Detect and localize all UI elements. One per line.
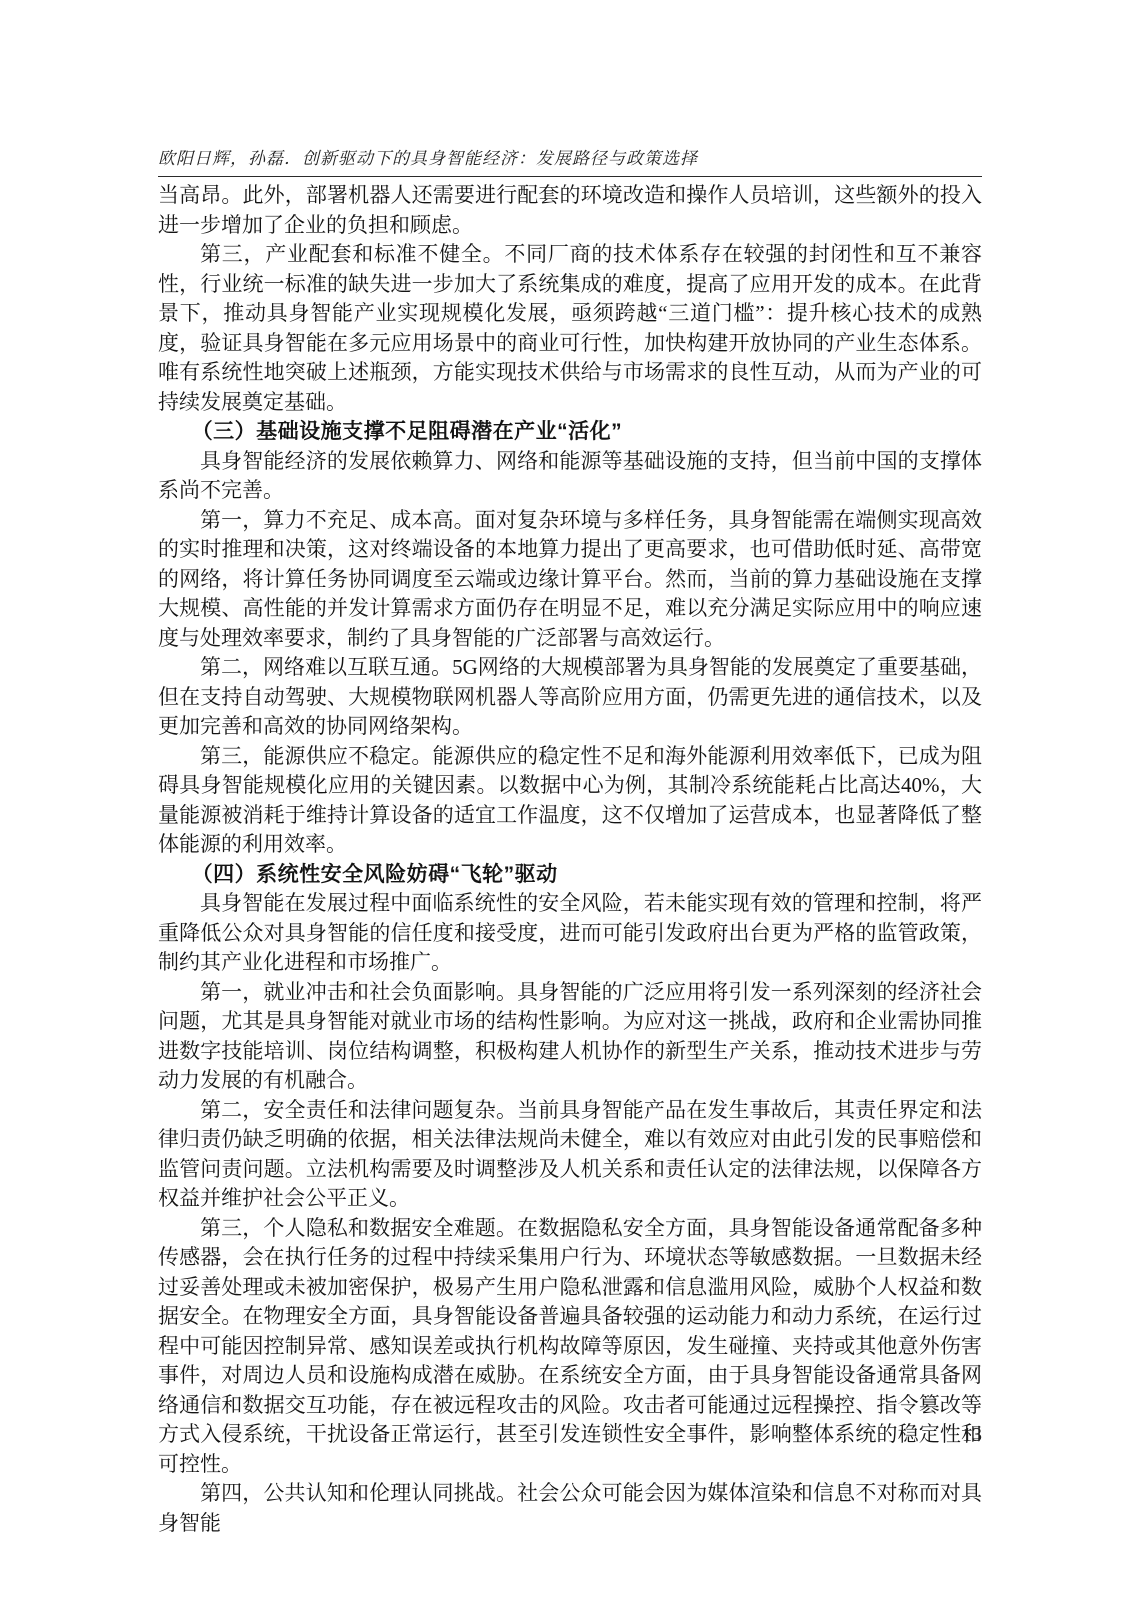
paragraph: 第一，算力不充足、成本高。面对复杂环境与多样任务，具身智能需在端侧实现高效的实时… xyxy=(158,506,982,654)
running-header: 欧阳日辉，孙磊．创新驱动下的具身智能经济：发展路径与政策选择 xyxy=(158,144,982,177)
body-text-column: 当高昂。此外，部署机器人还需要进行配套的环境改造和操作人员培训，这些额外的投入进… xyxy=(158,181,982,1538)
paragraph: 第一，就业冲击和社会负面影响。具身智能的广泛应用将引发一系列深刻的经济社会问题，… xyxy=(158,978,982,1096)
section-heading: （三）基础设施支撑不足阻碍潜在产业“活化” xyxy=(158,417,982,447)
paragraph: 具身智能经济的发展依赖算力、网络和能源等基础设施的支持，但当前中国的支撑体系尚不… xyxy=(158,447,982,506)
paragraph: 第二，网络难以互联互通。5G网络的大规模部署为具身智能的发展奠定了重要基础，但在… xyxy=(158,653,982,742)
paragraph: 第三，产业配套和标准不健全。不同厂商的技术体系存在较强的封闭性和互不兼容性，行业… xyxy=(158,240,982,417)
page-number: 13 xyxy=(158,1424,982,1447)
paragraph: 具身智能在发展过程中面临系统性的安全风险，若未能实现有效的管理和控制，将严重降低… xyxy=(158,889,982,978)
paragraph: 第三，能源供应不稳定。能源供应的稳定性不足和海外能源利用效率低下，已成为阻碍具身… xyxy=(158,742,982,860)
paragraph: 第二，安全责任和法律问题复杂。当前具身智能产品在发生事故后，其责任界定和法律归责… xyxy=(158,1096,982,1214)
paragraph: 当高昂。此外，部署机器人还需要进行配套的环境改造和操作人员培训，这些额外的投入进… xyxy=(158,181,982,240)
paragraph: 第四，公共认知和伦理认同挑战。社会公众可能会因为媒体渲染和信息不对称而对具身智能 xyxy=(158,1479,982,1538)
section-heading: （四）系统性安全风险妨碍“飞轮”驱动 xyxy=(158,860,982,890)
paper-page: 欧阳日辉，孙磊．创新驱动下的具身智能经济：发展路径与政策选择 当高昂。此外，部署… xyxy=(0,0,1140,1600)
